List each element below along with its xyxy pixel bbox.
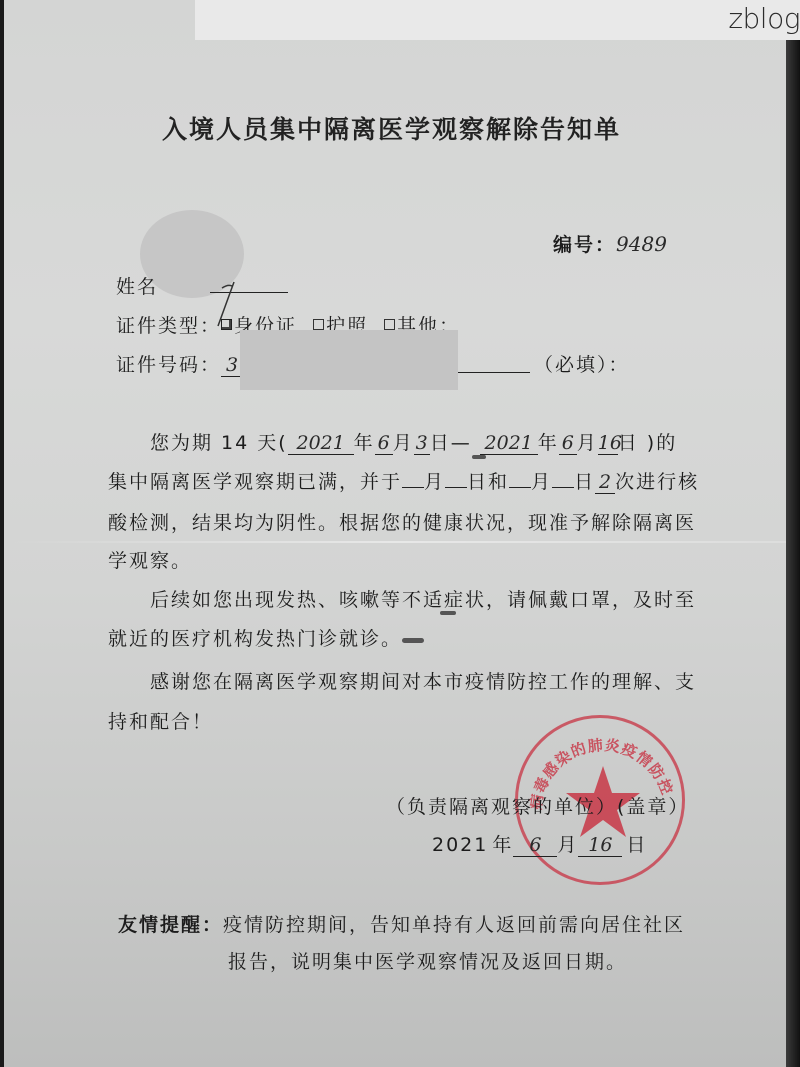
para2-line2: 就近的医疗机构发热门诊就诊。 — [108, 624, 402, 651]
end-month[interactable]: 6 — [559, 434, 577, 455]
required-note: （必填）： — [534, 350, 630, 377]
reminder-label: 友情提醒： — [118, 914, 223, 936]
serial-value: 9489 — [616, 232, 667, 256]
day-label: 日 — [574, 471, 595, 493]
signature-date: 2021年6月16日 — [432, 830, 647, 857]
test1-month[interactable] — [402, 487, 424, 488]
ink-smudge — [472, 455, 486, 459]
id-number-line — [458, 372, 530, 373]
ink-smudge — [440, 611, 456, 615]
name-row: 姓名 — [116, 272, 158, 299]
year-label: 年 — [538, 432, 559, 454]
id-number-row: 证件号码：3 — [116, 350, 243, 377]
background-edge — [786, 40, 800, 1067]
document-title: 入境人员集中隔离医学观察解除告知单 — [162, 110, 621, 146]
sig-year-label: 年 — [492, 834, 513, 856]
sig-month[interactable]: 6 — [513, 836, 557, 857]
para1-line2a: 集中隔离医学观察期已满，并于 — [108, 471, 402, 493]
para1-line2: 集中隔离医学观察期已满，并于月日和月日2次进行核 — [108, 467, 699, 494]
month-label: 月 — [424, 471, 445, 493]
start-day[interactable]: 3 — [414, 434, 430, 455]
para2-line1: 后续如您出现发热、咳嗽等不适症状，请佩戴口罩，及时至 — [150, 585, 696, 612]
sig-year: 2021 — [432, 834, 488, 856]
reminder-text1: 疫情防控期间，告知单持有人返回前需向居住社区 — [223, 914, 685, 936]
para3-line2: 持和配合！ — [108, 707, 213, 734]
checkbox-id-card[interactable] — [221, 319, 232, 330]
serial-label: 编号： — [553, 234, 616, 256]
watermark-bar: zblog — [195, 0, 800, 40]
para1-end-suffix: 日 )的 — [618, 432, 677, 454]
reminder-line2: 报告，说明集中医学观察情况及返回日期。 — [228, 947, 627, 974]
test1-day[interactable] — [445, 487, 467, 488]
redaction-rect — [240, 330, 458, 390]
end-year[interactable]: 2021 — [480, 434, 538, 455]
end-day[interactable]: 16 — [598, 434, 618, 455]
para1-line2b: 次进行核 — [615, 471, 699, 493]
checkbox-passport[interactable] — [313, 319, 324, 330]
test-count[interactable]: 2 — [595, 473, 615, 494]
para1-prefix: 您为期 14 天( — [150, 432, 288, 454]
id-number-label: 证件号码： — [116, 354, 221, 376]
start-month[interactable]: 6 — [375, 434, 393, 455]
test2-month[interactable] — [509, 487, 531, 488]
year-label: 年 — [354, 432, 375, 454]
serial-number: 编号：9489 — [553, 230, 667, 257]
sig-day-label: 日 — [626, 834, 647, 856]
para1-line3: 酸检测，结果均为阴性。根据您的健康状况，现准予解除隔离医 — [108, 508, 696, 535]
watermark-text: zblog — [728, 2, 800, 35]
reminder-line1: 友情提醒：疫情防控期间，告知单持有人返回前需向居住社区 — [118, 910, 685, 937]
id-type-label: 证件类型： — [116, 315, 221, 337]
ink-smudge — [402, 638, 424, 643]
test2-day[interactable] — [552, 487, 574, 488]
sig-month-label: 月 — [557, 834, 578, 856]
name-label: 姓名 — [116, 276, 158, 298]
para1-line4: 学观察。 — [108, 546, 192, 573]
start-year[interactable]: 2021 — [288, 434, 354, 455]
month-label: 月 — [577, 432, 598, 454]
day-dash: 日— — [430, 432, 472, 454]
unit-signature: （负责隔离观察的单位）(盖章） — [386, 792, 689, 819]
checkbox-other[interactable] — [384, 319, 395, 330]
para1-line1: 您为期 14 天(2021年6月3日—2021年6月16日 )的 — [150, 428, 677, 455]
month-label: 月 — [393, 432, 414, 454]
para3-line1: 感谢您在隔离医学观察期间对本市疫情防控工作的理解、支 — [150, 667, 696, 694]
sig-day[interactable]: 16 — [578, 836, 622, 857]
day-and-label: 日和 — [467, 471, 509, 493]
month-label: 月 — [531, 471, 552, 493]
